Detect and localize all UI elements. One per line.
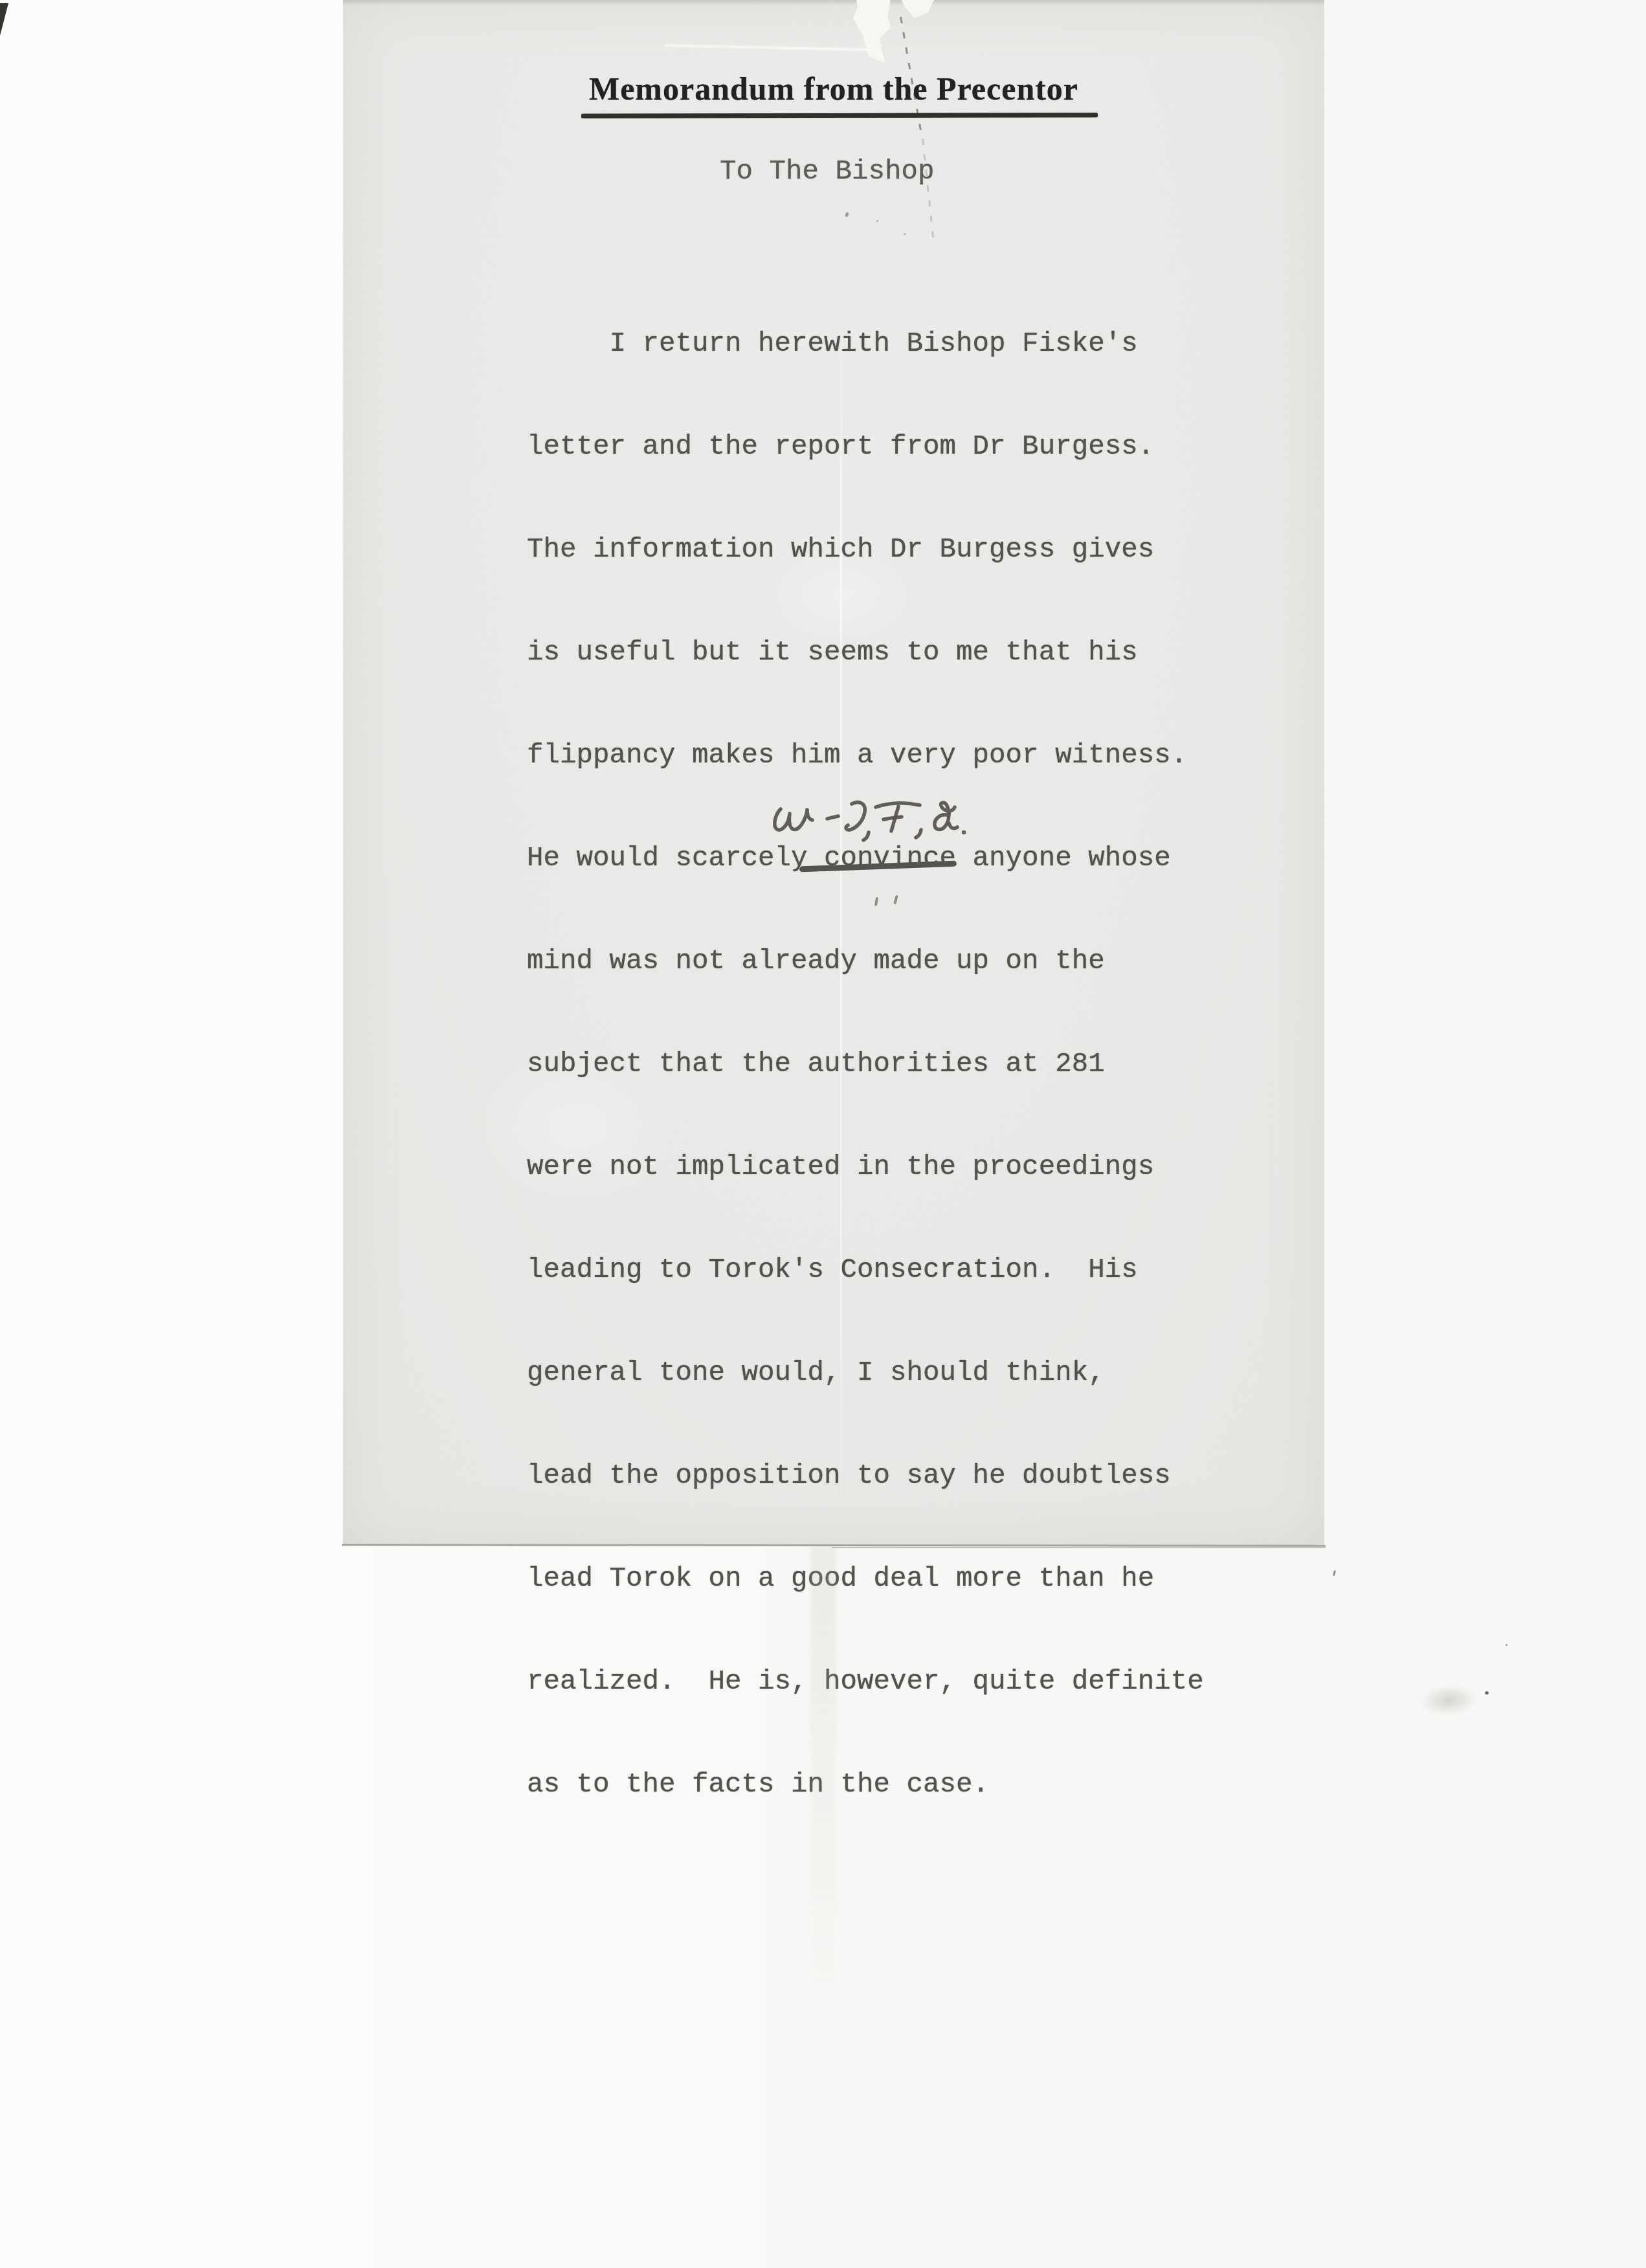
body-line: lead the opposition to say he doubtless — [527, 1459, 1204, 1493]
body-line: were not implicated in the proceedings — [527, 1150, 1204, 1184]
ink-speck — [845, 212, 849, 217]
body-line: realized. He is, however, quite definite — [527, 1665, 1204, 1699]
horizontal-crease — [665, 45, 869, 51]
body-line: leading to Torok's Consecration. His — [527, 1253, 1204, 1287]
scan-top-shading — [343, 0, 1324, 6]
memo-body: I return herewith Bishop Fiske's letter … — [527, 258, 1204, 1871]
eraser-smudge — [1418, 1683, 1478, 1718]
dust-speck — [1485, 1691, 1489, 1695]
body-line: mind was not already made up on the — [527, 944, 1204, 979]
tape-fragment-small — [901, 0, 935, 18]
salutation-line: To The Bishop — [720, 158, 935, 186]
dust-speck — [1333, 1570, 1336, 1576]
tape-fragment-large — [853, 0, 891, 63]
background-streak — [810, 1546, 836, 2038]
paper-bottom-edge-shadow — [832, 1547, 1326, 1548]
body-line: as to the facts in the case. — [527, 1768, 1204, 1802]
ink-speck — [904, 233, 906, 235]
ink-speck — [876, 220, 878, 222]
body-line: letter and the report from Dr Burgess. — [527, 430, 1204, 464]
scanner-corner-shadow — [0, 3, 8, 36]
signature-initials — [772, 799, 972, 857]
title-underline — [581, 113, 1098, 118]
scanned-page: Memorandum from the Precentor To The Bis… — [0, 0, 1646, 2268]
body-line: flippancy makes him a very poor witness. — [527, 739, 1204, 773]
dust-speck — [1506, 1644, 1507, 1646]
body-line: subject that the authorities at 281 — [527, 1047, 1204, 1082]
body-line: I return herewith Bishop Fiske's — [527, 327, 1204, 361]
crease-line-lower — [922, 139, 935, 245]
memo-paper: Memorandum from the Precentor To The Bis… — [343, 0, 1324, 1546]
body-line: The information which Dr Burgess gives — [527, 533, 1204, 567]
body-line: general tone would, I should think, — [527, 1356, 1204, 1390]
body-line: is useful but it seems to me that his — [527, 636, 1204, 670]
body-line: lead Torok on a good deal more than he — [527, 1562, 1204, 1596]
memo-title: Memorandum from the Precentor — [343, 72, 1324, 105]
